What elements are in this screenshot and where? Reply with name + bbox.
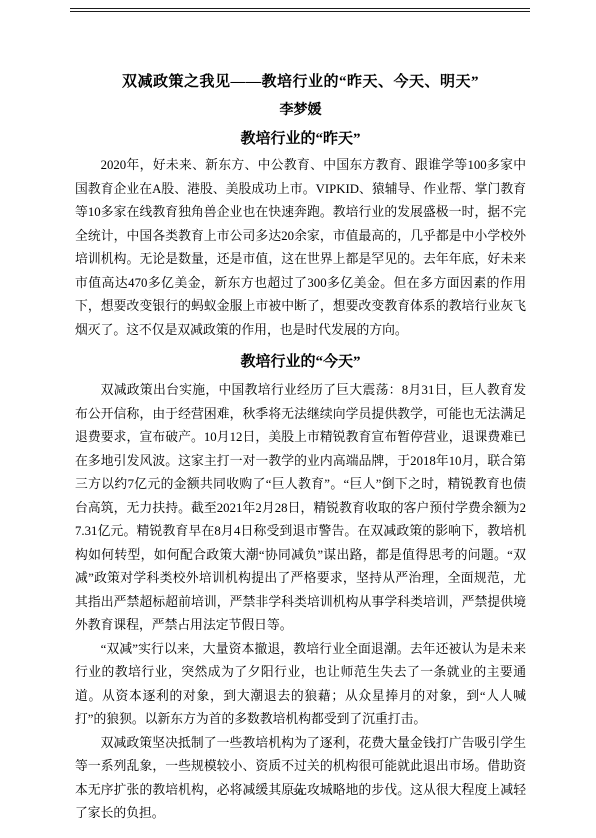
header-double-rule xyxy=(70,8,530,12)
page-title: 双减政策之我见——教培行业的“昨天、今天、明天” xyxy=(75,68,526,97)
section-heading-yesterday: 教培行业的“昨天” xyxy=(75,125,526,154)
paragraph-yesterday-1: 2020年，好未来、新东方、中公教育、中国东方教育、跟谁学等100多家中国教育企… xyxy=(75,154,526,342)
author-name: 李梦媛 xyxy=(75,97,526,125)
document-page: 双减政策之我见——教培行业的“昨天、今天、明天” 李梦媛 教培行业的“昨天” 2… xyxy=(0,0,596,838)
document-content: 双减政策之我见——教培行业的“昨天、今天、明天” 李梦媛 教培行业的“昨天” 2… xyxy=(75,68,526,826)
paragraph-today-3: 双减政策坚决抵制了一些教培机构为了逐利，花费大量金钱打广告吸引学生等一系列乱象，… xyxy=(75,732,526,826)
paragraph-today-2: “双减”实行以来，大量资本撤退，教培行业全面退潮。去年还被认为是未来行业的教培行… xyxy=(75,638,526,732)
section-heading-today: 教培行业的“今天” xyxy=(75,348,526,377)
paragraph-today-1: 双减政策出台实施，中国教培行业经历了巨大震荡：8月31日，巨人教育发布公开信称，… xyxy=(75,379,526,638)
page-number: 38 xyxy=(0,788,596,798)
